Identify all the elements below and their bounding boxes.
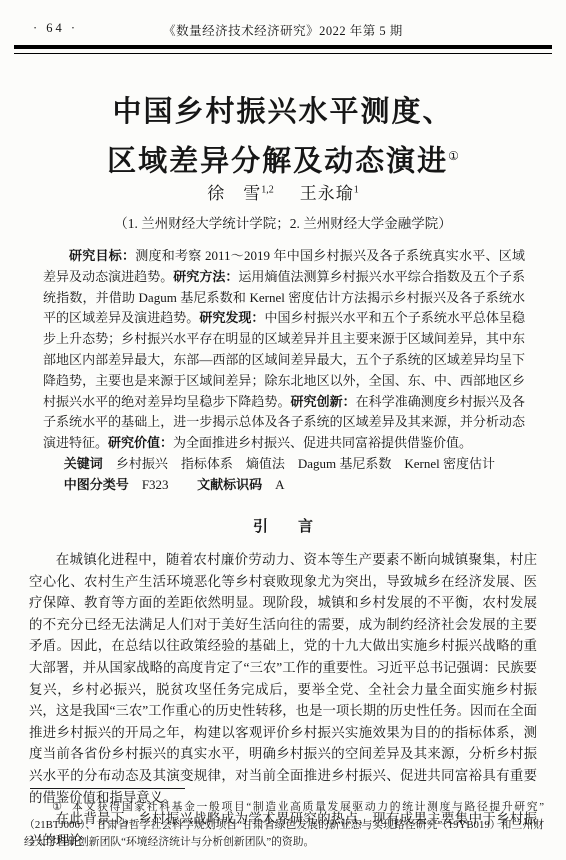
author-1-superscript: 1,2 <box>261 184 274 195</box>
clc-label: 中图分类号 <box>64 477 129 492</box>
author-1: 徐 雪1,2 <box>207 184 274 203</box>
author-1-name: 徐 雪 <box>207 184 261 203</box>
section-heading-introduction: 引 言 <box>0 515 566 536</box>
author-2-name: 王永瑜 <box>300 184 354 203</box>
research-goal-label: 研究目标： <box>69 248 135 263</box>
affiliation: （1. 兰州财经大学统计学院；2. 兰州财经大学金融学院） <box>0 212 566 232</box>
journal-citation: 《数量经济技术经济研究》2022 年第 5 期 <box>0 21 566 39</box>
doc-code-label: 文献标识码 <box>197 477 262 492</box>
paper-page: · 64 · 《数量经济技术经济研究》2022 年第 5 期 中国乡村振兴水平测… <box>0 0 566 860</box>
footnote-text: 本文获得国家社科基金一般项目“制造业高质量发展驱动力的统计测度与路径提升研究”（… <box>24 801 544 848</box>
research-value-text: 为全面推进乡村振兴、促进共同富裕提供借鉴价值。 <box>173 435 472 450</box>
doc-code-value: A <box>275 477 284 492</box>
authors-line: 徐 雪1,2王永瑜1 <box>0 179 566 204</box>
abstract-block: 研究目标：测度和考察 2011～2019 年中国乡村振兴及各子系统真实水平、区域… <box>43 246 525 496</box>
body-paragraph-1: 在城镇化进程中，随着农村廉价劳动力、资本等生产要素不断向城镇聚集，村庄空心化、农… <box>29 549 537 808</box>
article-title-line2: 区域差异分解及动态演进 <box>107 146 448 178</box>
research-innovation-label: 研究创新： <box>291 394 356 409</box>
footnote-mark: ① <box>52 801 63 813</box>
research-method-label: 研究方法： <box>173 269 238 284</box>
header-rule-thin <box>14 53 552 54</box>
article-title: 中国乡村振兴水平测度、 区域差异分解及动态演进① <box>0 90 566 184</box>
footnote-divider <box>30 788 185 789</box>
research-value-label: 研究价值： <box>108 435 173 450</box>
keywords-text: 乡村振兴 指标体系 熵值法 Dagum 基尼系数 Kernel 密度估计 <box>116 456 495 471</box>
keywords-line: 关键词乡村振兴 指标体系 熵值法 Dagum 基尼系数 Kernel 密度估计 <box>43 454 525 475</box>
footnote: ①本文获得国家社科基金一般项目“制造业高质量发展驱动力的统计测度与路径提升研究”… <box>24 799 544 852</box>
header-rule-thick <box>14 45 552 49</box>
keywords-label: 关键词 <box>64 456 103 471</box>
author-2: 王永瑜1 <box>300 184 359 203</box>
article-title-line1: 中国乡村振兴水平测度、 <box>112 96 453 128</box>
running-head: · 64 · 《数量经济技术经济研究》2022 年第 5 期 <box>0 21 566 37</box>
classification-line: 中图分类号F323文献标识码A <box>43 475 525 496</box>
abstract-paragraph: 研究目标：测度和考察 2011～2019 年中国乡村振兴及各子系统真实水平、区域… <box>43 246 525 454</box>
research-findings-label: 研究发现： <box>199 310 264 325</box>
title-footnote-mark: ① <box>448 149 459 163</box>
clc-value: F323 <box>142 477 169 492</box>
author-2-superscript: 1 <box>354 184 359 195</box>
